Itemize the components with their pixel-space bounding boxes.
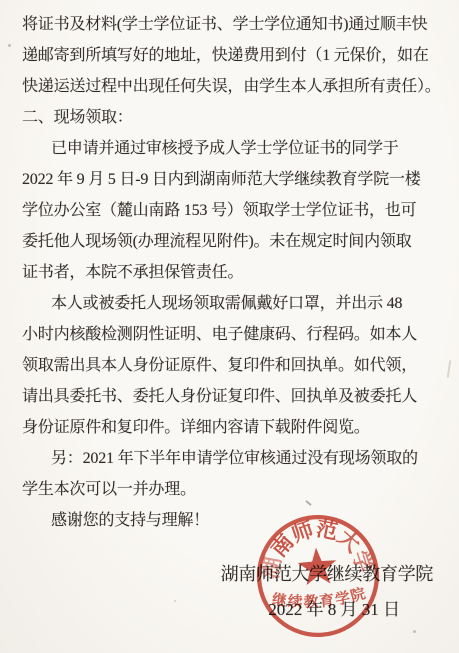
scanned-notice-page: 将证书及材料(学士学位证书、学士学位通知书)通过顺丰快 递邮寄到所填写好的地址，… <box>0 0 459 653</box>
notice-line: 领取需出具本人身份证原件、复印件和回执单。如代领， <box>22 350 443 381</box>
notice-line: 递邮寄到所填写好的地址，快递费用到付（1 元保价，如在 <box>22 40 443 71</box>
notice-line: 另：2021 年下半年申请学位审核通过没有现场领取的 <box>22 443 443 474</box>
scan-speck <box>447 360 451 378</box>
notice-line: 身份证原件和复印件。详细内容请下载附件阅览。 <box>22 412 443 443</box>
notice-line: 请出具委托书、委托人身份证复印件、回执单及被委托人 <box>22 381 443 412</box>
notice-line: 委托他人现场领(办理流程见附件)。未在规定时间内领取 <box>22 226 443 257</box>
notice-line: 证书者，本院不承担保管责任。 <box>22 257 443 288</box>
notice-closing-line: 感谢您的支持与理解！ <box>22 505 443 536</box>
scan-speck <box>413 630 416 633</box>
signature-text: 湖南师范大学继续教育学院 <box>0 562 459 586</box>
date-text: 2022 年 8 月 31 日 <box>0 599 459 621</box>
notice-section-heading: 二、现场领取： <box>22 102 443 133</box>
notice-line: 本人或被委托人现场领取需佩戴好口罩，并出示 48 <box>22 288 443 319</box>
notice-line: 将证书及材料(学士学位证书、学士学位通知书)通过顺丰快 <box>22 9 443 40</box>
scan-speck <box>8 44 11 47</box>
notice-line: 快递运送过程中出现任何失误，由学生本人承担所有责任）。 <box>22 71 443 102</box>
notice-line: 学生本次可以一并办理。 <box>22 474 443 505</box>
signature-block: 湖南师范大学继续教育学院 2022 年 8 月 31 日 <box>0 562 459 621</box>
notice-line: 小时内核酸检测阴性证明、电子健康码、行程码。如本人 <box>22 319 443 350</box>
notice-line: 学位办公室（麓山南路 153 号）领取学士学位证书，也可 <box>22 195 443 226</box>
notice-line: 已申请并通过审核授予成人学士学位证书的同学于 <box>22 133 443 164</box>
notice-line: 2022 年 9 月 5 日-9 日内到湖南师范大学继续教育学院一楼 <box>22 164 443 195</box>
notice-body: 将证书及材料(学士学位证书、学士学位通知书)通过顺丰快 递邮寄到所填写好的地址，… <box>22 9 443 536</box>
